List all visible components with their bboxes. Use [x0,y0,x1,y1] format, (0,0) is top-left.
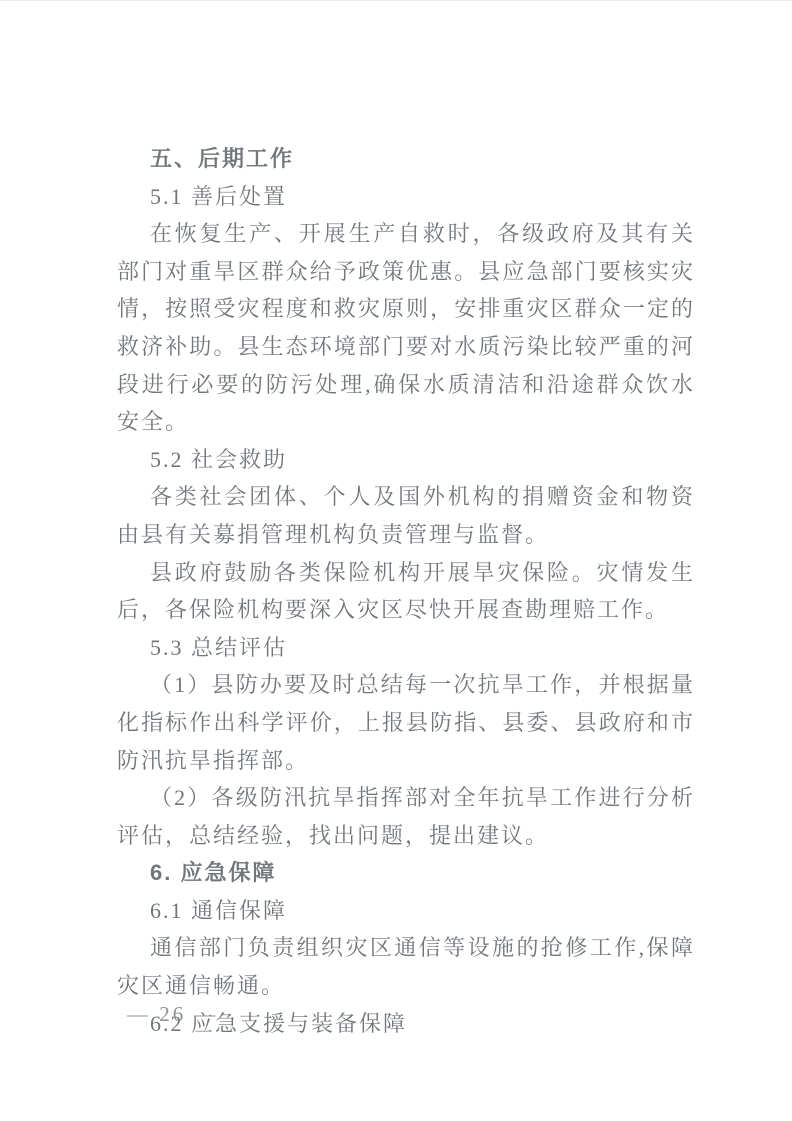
subsection-heading-5-1: 5.1 善后处置 [117,178,695,216]
page-number: — 26 — [127,1001,219,1027]
document-body: 五、后期工作 5.1 善后处置 在恢复生产、开展生产自救时，各级政府及其有关部门… [117,140,695,1042]
subsection-heading-5-2: 5.2 社会救助 [117,441,695,479]
subsection-heading-6-1: 6.1 通信保障 [117,892,695,930]
paragraph: （2）各级防汛抗旱指挥部对全年抗旱工作进行分析评估，总结经验，找出问题，提出建议… [117,779,695,854]
section-heading-5: 五、后期工作 [117,140,695,178]
paragraph: （1）县防办要及时总结每一次抗旱工作，并根据量化指标作出科学评价，上报县防指、县… [117,666,695,779]
section-heading-6: 6. 应急保障 [117,854,695,892]
paragraph: 县政府鼓励各类保险机构开展旱灾保险。灾情发生后，各保险机构要深入灾区尽快开展查勘… [117,554,695,629]
subsection-heading-5-3: 5.3 总结评估 [117,629,695,667]
paragraph: 在恢复生产、开展生产自救时，各级政府及其有关部门对重旱区群众给予政策优惠。县应急… [117,215,695,441]
document-page: 五、后期工作 5.1 善后处置 在恢复生产、开展生产自救时，各级政府及其有关部门… [0,0,792,1121]
paragraph: 各类社会团体、个人及国外机构的捐赠资金和物资由县有关募捐管理机构负责管理与监督。 [117,478,695,553]
paragraph: 通信部门负责组织灾区通信等设施的抢修工作,保障灾区通信畅通。 [117,929,695,1004]
